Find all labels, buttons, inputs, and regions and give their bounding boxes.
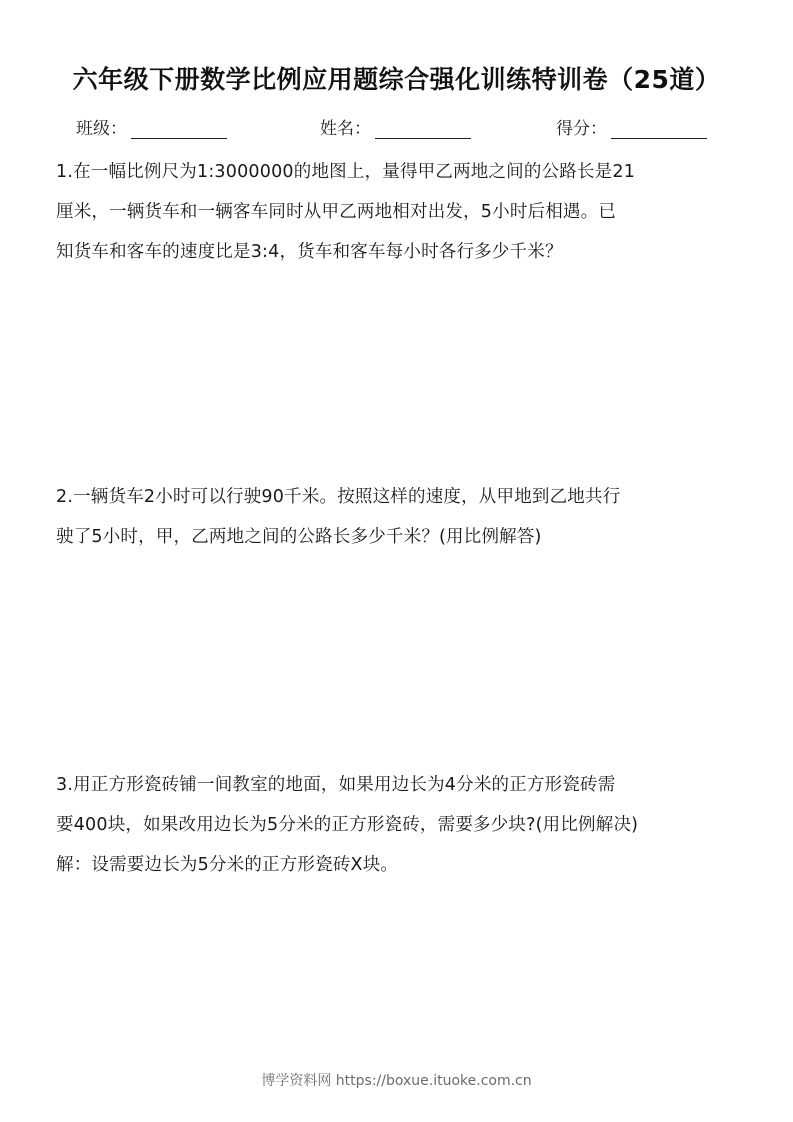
name-blank[interactable] (375, 120, 471, 139)
student-info-row: 班级： 姓名： 得分： (0, 114, 793, 140)
score-label: 得分： (556, 114, 607, 139)
question-3: 3.用正方形瓷砖铺一间教室的地面，如果用边长为4分米的正方形瓷砖需 要400块，… (56, 765, 746, 885)
question-2: 2.一辆货车2小时可以行驶90千米。按照这样的速度，从甲地到乙地共行 驶了5小时… (56, 477, 746, 557)
document-title: 六年级下册数学比例应用题综合强化训练特训卷（25道） (0, 60, 793, 96)
question-line: 2.一辆货车2小时可以行驶90千米。按照这样的速度，从甲地到乙地共行 (56, 477, 746, 517)
name-label: 姓名： (320, 114, 371, 139)
class-label: 班级： (76, 114, 127, 139)
question-line: 知货车和客车的速度比是3:4，货车和客车每小时各行多少千米？ (56, 232, 746, 272)
question-line: 解：设需要边长为5分米的正方形瓷砖X块。 (56, 845, 746, 885)
question-1: 1.在一幅比例尺为1:3000000的地图上，量得甲乙两地之间的公路长是21 厘… (56, 152, 746, 272)
class-blank[interactable] (131, 120, 227, 139)
footer-watermark: 博学资料网 https://boxue.ituoke.com.cn (0, 1070, 793, 1090)
question-line: 1.在一幅比例尺为1:3000000的地图上，量得甲乙两地之间的公路长是21 (56, 152, 746, 192)
question-line: 3.用正方形瓷砖铺一间教室的地面，如果用边长为4分米的正方形瓷砖需 (56, 765, 746, 805)
score-blank[interactable] (611, 120, 707, 139)
class-field: 班级： (76, 114, 227, 139)
question-line: 厘米，一辆货车和一辆客车同时从甲乙两地相对出发，5小时后相遇。已 (56, 192, 746, 232)
question-line: 要400块，如果改用边长为5分米的正方形瓷砖，需要多少块?(用比例解决) (56, 805, 746, 845)
score-field: 得分： (556, 114, 707, 139)
name-field: 姓名： (320, 114, 471, 139)
question-line: 驶了5小时，甲，乙两地之间的公路长多少千米？(用比例解答) (56, 517, 746, 557)
